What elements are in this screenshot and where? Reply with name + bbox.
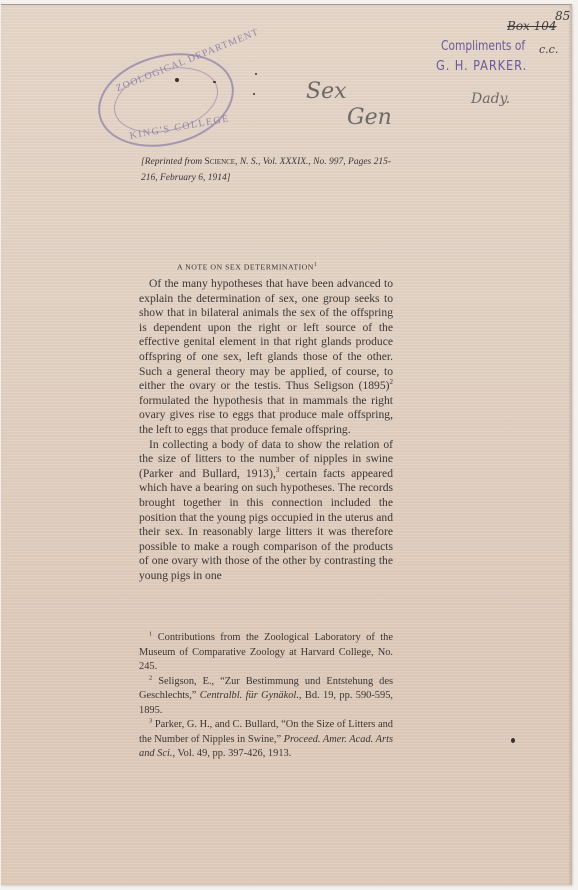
department-stamp: [88, 40, 244, 161]
paragraph-text: Of the many hypotheses that have been ad…: [139, 277, 393, 392]
paper-speck: [175, 78, 179, 82]
handwritten-note-dady: Dady.: [471, 91, 510, 107]
paper-speck: [253, 93, 255, 95]
reprint-prefix: [Reprinted from: [141, 157, 205, 167]
compliments-stamp-name: G. H. PARKER.: [436, 59, 527, 74]
footnote-ref: 1: [314, 262, 318, 268]
footnote-journal: Centralbl. für Gynäkol.: [200, 690, 299, 701]
handwritten-box-number-struck: Box 104: [507, 19, 557, 33]
footnote: 2 Seligson, E., “Zur Bestimmung und Ents…: [139, 675, 393, 719]
handwritten-note-gen: Gen: [347, 105, 392, 130]
paper-speck: [213, 81, 216, 83]
document-page: ZOOLOGICAL DEPARTMENT KING'S COLLEGE Com…: [1, 4, 572, 885]
paper-speck: [255, 73, 257, 75]
footnote-text: Contributions from the Zoological Labora…: [139, 632, 393, 672]
compliments-stamp-line: Compliments of: [441, 39, 525, 54]
article-title-text: A Note on Sex Determination: [177, 263, 314, 272]
handwritten-initials: c.c.: [539, 43, 558, 56]
footnote-mark: 1: [149, 631, 152, 638]
handwritten-box-number: 85: [555, 9, 570, 23]
footnote-mark: 3: [149, 718, 152, 725]
footnote-text: , Vol. 49, pp. 397-426, 1913.: [172, 748, 291, 759]
paragraph-text: certain facts appeared which have a bear…: [139, 467, 393, 582]
article-title: A Note on Sex Determination1: [177, 262, 317, 272]
handwritten-note-sex: Sex: [306, 79, 347, 104]
body-paragraph: Of the many hypotheses that have been ad…: [139, 277, 393, 438]
reprint-journal: Science: [205, 157, 236, 167]
footnote-mark: 2: [149, 674, 152, 681]
article-body: Of the many hypotheses that have been ad…: [139, 277, 393, 583]
reprint-notice: [Reprinted from Science, N. S., Vol. XXX…: [141, 154, 401, 186]
footnotes: 1 Contributions from the Zoological Labo…: [139, 631, 393, 762]
body-paragraph: In collecting a body of data to show the…: [139, 438, 393, 584]
footnote: 3 Parker, G. H., and C. Bullard, “On the…: [139, 718, 393, 762]
paragraph-text: formulated the hypothesis that in mammal…: [139, 394, 393, 436]
footnote-ref: 2: [390, 378, 394, 386]
paper-speck: [511, 738, 515, 743]
footnote: 1 Contributions from the Zoological Labo…: [139, 631, 393, 675]
